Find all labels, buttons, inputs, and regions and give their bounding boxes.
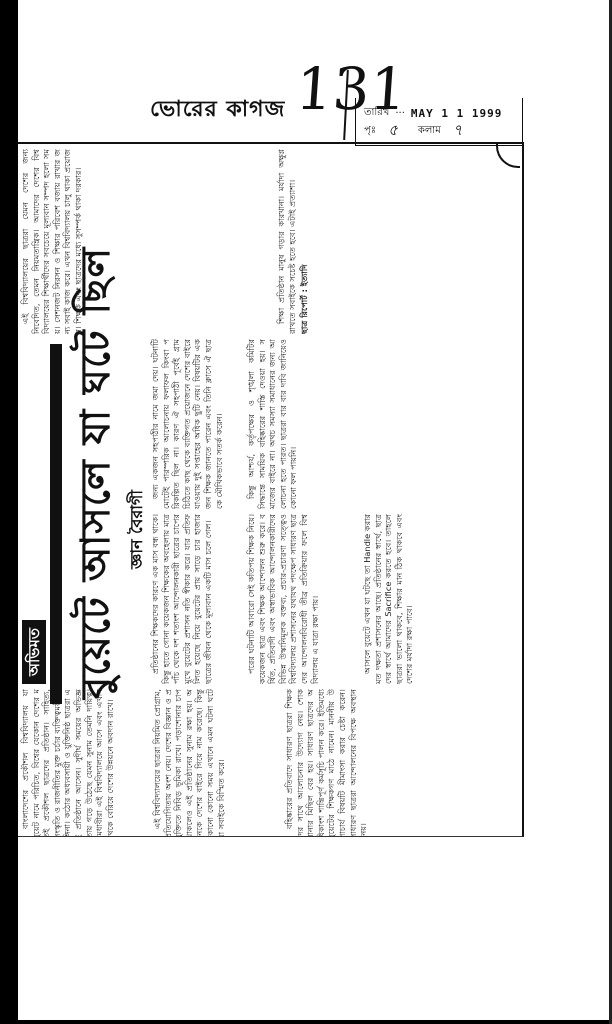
column-text: বহিষ্কারের প্রতিবাদে সাধারণ ছাত্ররা শিক্… (284, 689, 369, 837)
section-tag: অভিমত (22, 620, 46, 684)
stamp-page-value: ৫ (388, 119, 398, 144)
stamp-date-dots: ··· (395, 108, 405, 119)
stamp-page-row: পৃঃ ৫ কলাম ৭ (364, 122, 516, 140)
stamp-page-label: পৃঃ (364, 123, 376, 140)
newspaper-masthead: ভোরের কাগজ (150, 92, 285, 129)
column-text: কিন্তু আশ্চর্য, কর্তৃপক্ষের ও শৃঙ্খলা কম… (246, 339, 299, 509)
column-text: আসলে বুয়েটে এখন যা ঘটছে তা Handle করার … (362, 514, 415, 684)
stamp-date-row: তারিখ ··· MAY 1 1 1999 (364, 104, 516, 122)
article-byline: জ্ঞান বৈরাগী (124, 490, 151, 569)
scan-border-bottom (0, 1020, 612, 1024)
article-clipping: বাংলাদেশের প্রকৌশল বিশ্ববিদ্যালয় যা বুয… (18, 142, 524, 837)
article-column-6: পরের ঘটনাটি আবারো সেই কতিপয় শিক্ষক নিয়… (246, 514, 356, 684)
stamp-column-label: কলাম (418, 123, 441, 140)
column-text: এই বিশ্ববিদ্যালয়ের ছাত্ররা যেমন দেশের জ… (20, 149, 84, 334)
column-text: জন্য একজন সহপাঠীর নামে জমা দেয়। ঘটনাটি … (150, 339, 224, 509)
column-text: শিক্ষা প্রতিষ্ঠান মানুষ গড়ার কারখানা। ম… (276, 149, 297, 334)
date-stamp: তারিখ ··· MAY 1 1 1999 পৃঃ ৫ কলাম ৭ (355, 98, 523, 146)
scan-border-left (0, 0, 18, 1024)
article-column-8: আসলে বুয়েটে এখন যা ঘটছে তা Handle করার … (362, 514, 520, 684)
article-rotated-content: বাংলাদেশের প্রকৌশল বিশ্ববিদ্যালয় যা বুয… (18, 144, 524, 837)
column-text: পরের ঘটনাটি আবারো সেই কতিপয় শিক্ষক নিয়… (246, 514, 320, 684)
article-column-4: প্রতিষ্ঠানের শিক্ষকদের কারণে এক মাস বন্ধ… (150, 514, 240, 684)
article-column-5: জন্য একজন সহপাঠীর নামে জমা দেয়। ঘটনাটি … (150, 339, 240, 509)
column-text: বাংলাদেশের প্রকৌশল বিশ্ববিদ্যালয় যা বুয… (20, 689, 115, 837)
stamp-column-value: ৭ (453, 119, 463, 144)
column-text: প্রতিষ্ঠানের শিক্ষকদের কারণে এক মাস বন্ধ… (150, 514, 214, 684)
article-column-7: কিন্তু আশ্চর্য, কর্তৃপক্ষের ও শৃঙ্খলা কম… (246, 339, 356, 509)
article-column-3: বহিষ্কারের প্রতিবাদে সাধারণ ছাত্ররা শিক্… (284, 689, 520, 837)
headline-rule (50, 344, 62, 704)
column-text: এই বিশ্ববিদ্যালয়ের ছাত্ররা নিয়মিত প্রো… (152, 689, 226, 837)
article-column-10: শিক্ষা প্রতিষ্ঠান মানুষ গড়ার কারখানা। ম… (276, 149, 520, 334)
article-column-1: বাংলাদেশের প্রকৌশল বিশ্ববিদ্যালয় যা বুয… (20, 689, 148, 837)
stamp-date-label: তারিখ (364, 105, 389, 122)
article-column-2: এই বিশ্ববিদ্যালয়ের ছাত্ররা নিয়মিত প্রো… (152, 689, 280, 837)
article-signoff: ছাত্র রিপোর্ট : ইত্যাদি (299, 149, 310, 334)
article-column-9: এই বিশ্ববিদ্যালয়ের ছাত্ররা যেমন দেশের জ… (20, 149, 270, 334)
